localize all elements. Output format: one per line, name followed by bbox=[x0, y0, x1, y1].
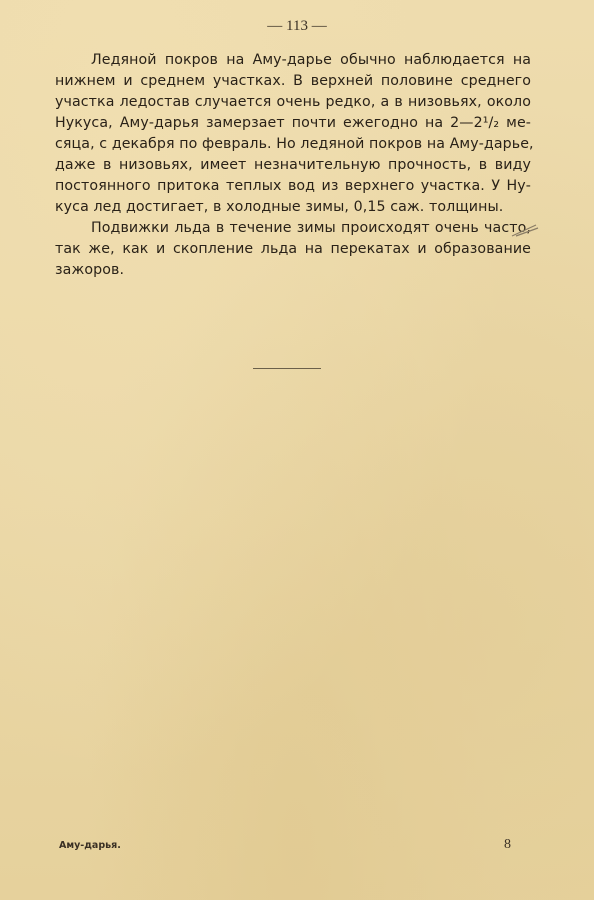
footer-book-title: Аму-дарья. bbox=[59, 840, 121, 851]
paragraph-2: Подвижки льда в течение зимы происходят … bbox=[55, 218, 531, 281]
text-line: так же, как и скопление льда на переката… bbox=[55, 239, 531, 260]
text-line: постоянного притока теплых вод из верхне… bbox=[55, 176, 531, 197]
text-line: зажоров. bbox=[55, 260, 531, 281]
page-number: — 113 — bbox=[0, 18, 594, 35]
pencil-mark-icon bbox=[510, 222, 540, 238]
body-text: Ледяной покров на Аму-дарье обычно наблю… bbox=[55, 50, 531, 281]
section-divider bbox=[253, 368, 321, 369]
text-line: куса лед достигает, в холодные зимы, 0,1… bbox=[55, 197, 531, 218]
signature-mark: 8 bbox=[504, 837, 511, 853]
text-line: Нукуса, Аму-дарья замерзает почти ежегод… bbox=[55, 113, 531, 134]
paragraph-1: Ледяной покров на Аму-дарье обычно наблю… bbox=[55, 50, 531, 218]
text-line: нижнем и среднем участках. В верхней пол… bbox=[55, 71, 531, 92]
text-line: даже в низовьях, имеет незначительную пр… bbox=[55, 155, 531, 176]
text-line: сяца, с декабря по февраль. Но ледяной п… bbox=[55, 134, 531, 155]
text-line: Ледяной покров на Аму-дарье обычно наблю… bbox=[55, 50, 531, 71]
text-line: участка ледостав случается очень редко, … bbox=[55, 92, 531, 113]
text-line: Подвижки льда в течение зимы происходят … bbox=[55, 218, 531, 239]
